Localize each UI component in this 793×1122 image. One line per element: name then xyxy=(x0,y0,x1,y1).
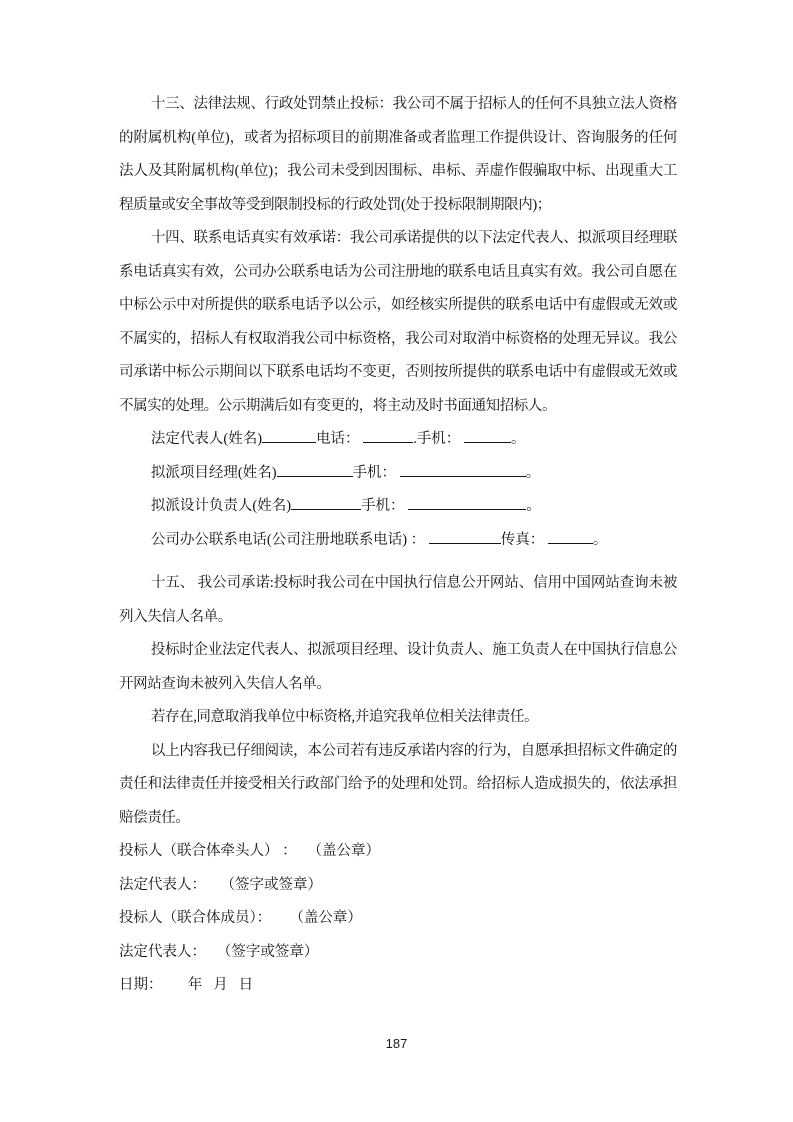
contact-line-project-manager: 拟派项目经理(姓名)手机： 。 xyxy=(119,457,677,491)
field-label: 。 xyxy=(526,498,541,514)
document-body: 十三、法律法规、行政处罚禁止投标：我公司不属于招标人的任何不具独立法人资格的附属… xyxy=(119,88,677,1003)
blank-underline xyxy=(548,530,593,543)
paragraph-clause-14: 十四、联系电话真实有效承诺：我公司承诺提供的以下法定代表人、拟派项目经理联系电话… xyxy=(119,222,677,423)
paragraph-clause-13: 十三、法律法规、行政处罚禁止投标：我公司不属于招标人的任何不具独立法人资格的附属… xyxy=(119,88,677,222)
contact-line-company-office-phone: 公司办公联系电话(公司注册地联系电话) ： 传真： 。 xyxy=(119,524,677,558)
blank-underline xyxy=(429,530,501,543)
blank-underline xyxy=(363,430,413,443)
field-label: .手机： xyxy=(413,431,464,447)
blank-underline xyxy=(291,497,361,510)
field-label: 。 xyxy=(526,465,541,481)
blank-underline xyxy=(464,430,511,443)
page-number: 187 xyxy=(0,1036,793,1051)
paragraph-clause-15: 十五、 我公司承诺:投标时我公司在中国执行信息公开网站、信用中国网站查询未被列入… xyxy=(119,567,677,634)
paragraph-clause-15-persons: 投标时企业法定代表人、拟派项目经理、设计负责人、施工负责人在中国执行信息公开网站… xyxy=(119,634,677,701)
paragraph-commitment: 以上内容我已仔细阅读，本公司若有违反承诺内容的行为，自愿承担招标文件确定的责任和… xyxy=(119,735,677,836)
field-label: 传真： xyxy=(501,532,548,548)
blank-underline xyxy=(400,463,526,476)
signature-line-legal-rep-2: 法定代表人： （签字或签章） xyxy=(119,936,677,970)
field-label: 。 xyxy=(511,431,526,447)
field-label: 法定代表人(姓名) xyxy=(151,431,262,447)
blank-underline xyxy=(408,497,526,510)
document-page: 十三、法律法规、行政处罚禁止投标：我公司不属于招标人的任何不具独立法人资格的附属… xyxy=(0,0,793,1122)
field-label: 手机： xyxy=(361,498,408,514)
field-label: 拟派项目经理(姓名) xyxy=(151,465,277,481)
signature-line-legal-rep-1: 法定代表人： （签字或签章） xyxy=(119,869,677,903)
field-label: 。 xyxy=(593,532,608,548)
paragraph-clause-15-consequence: 若存在,同意取消我单位中标资格,并追究我单位相关法律责任。 xyxy=(119,701,677,735)
contact-line-legal-representative: 法定代表人(姓名)电话： .手机： 。 xyxy=(119,423,677,457)
signature-line-bidder-lead: 投标人（联合体牵头人） ： （盖公章） xyxy=(119,835,677,869)
signature-line-bidder-member: 投标人（联合体成员）： （盖公章） xyxy=(119,902,677,936)
signature-line-date: 日期： 年 月 日 xyxy=(119,969,677,1003)
field-label: 手机： xyxy=(353,465,400,481)
contact-line-design-lead: 拟派设计负责人(姓名)手机： 。 xyxy=(119,490,677,524)
field-label: 电话： xyxy=(316,431,363,447)
blank-underline xyxy=(262,430,316,443)
blank-underline xyxy=(277,463,353,476)
field-label: 公司办公联系电话(公司注册地联系电话) ： xyxy=(151,532,429,548)
field-label: 拟派设计负责人(姓名) xyxy=(151,498,291,514)
